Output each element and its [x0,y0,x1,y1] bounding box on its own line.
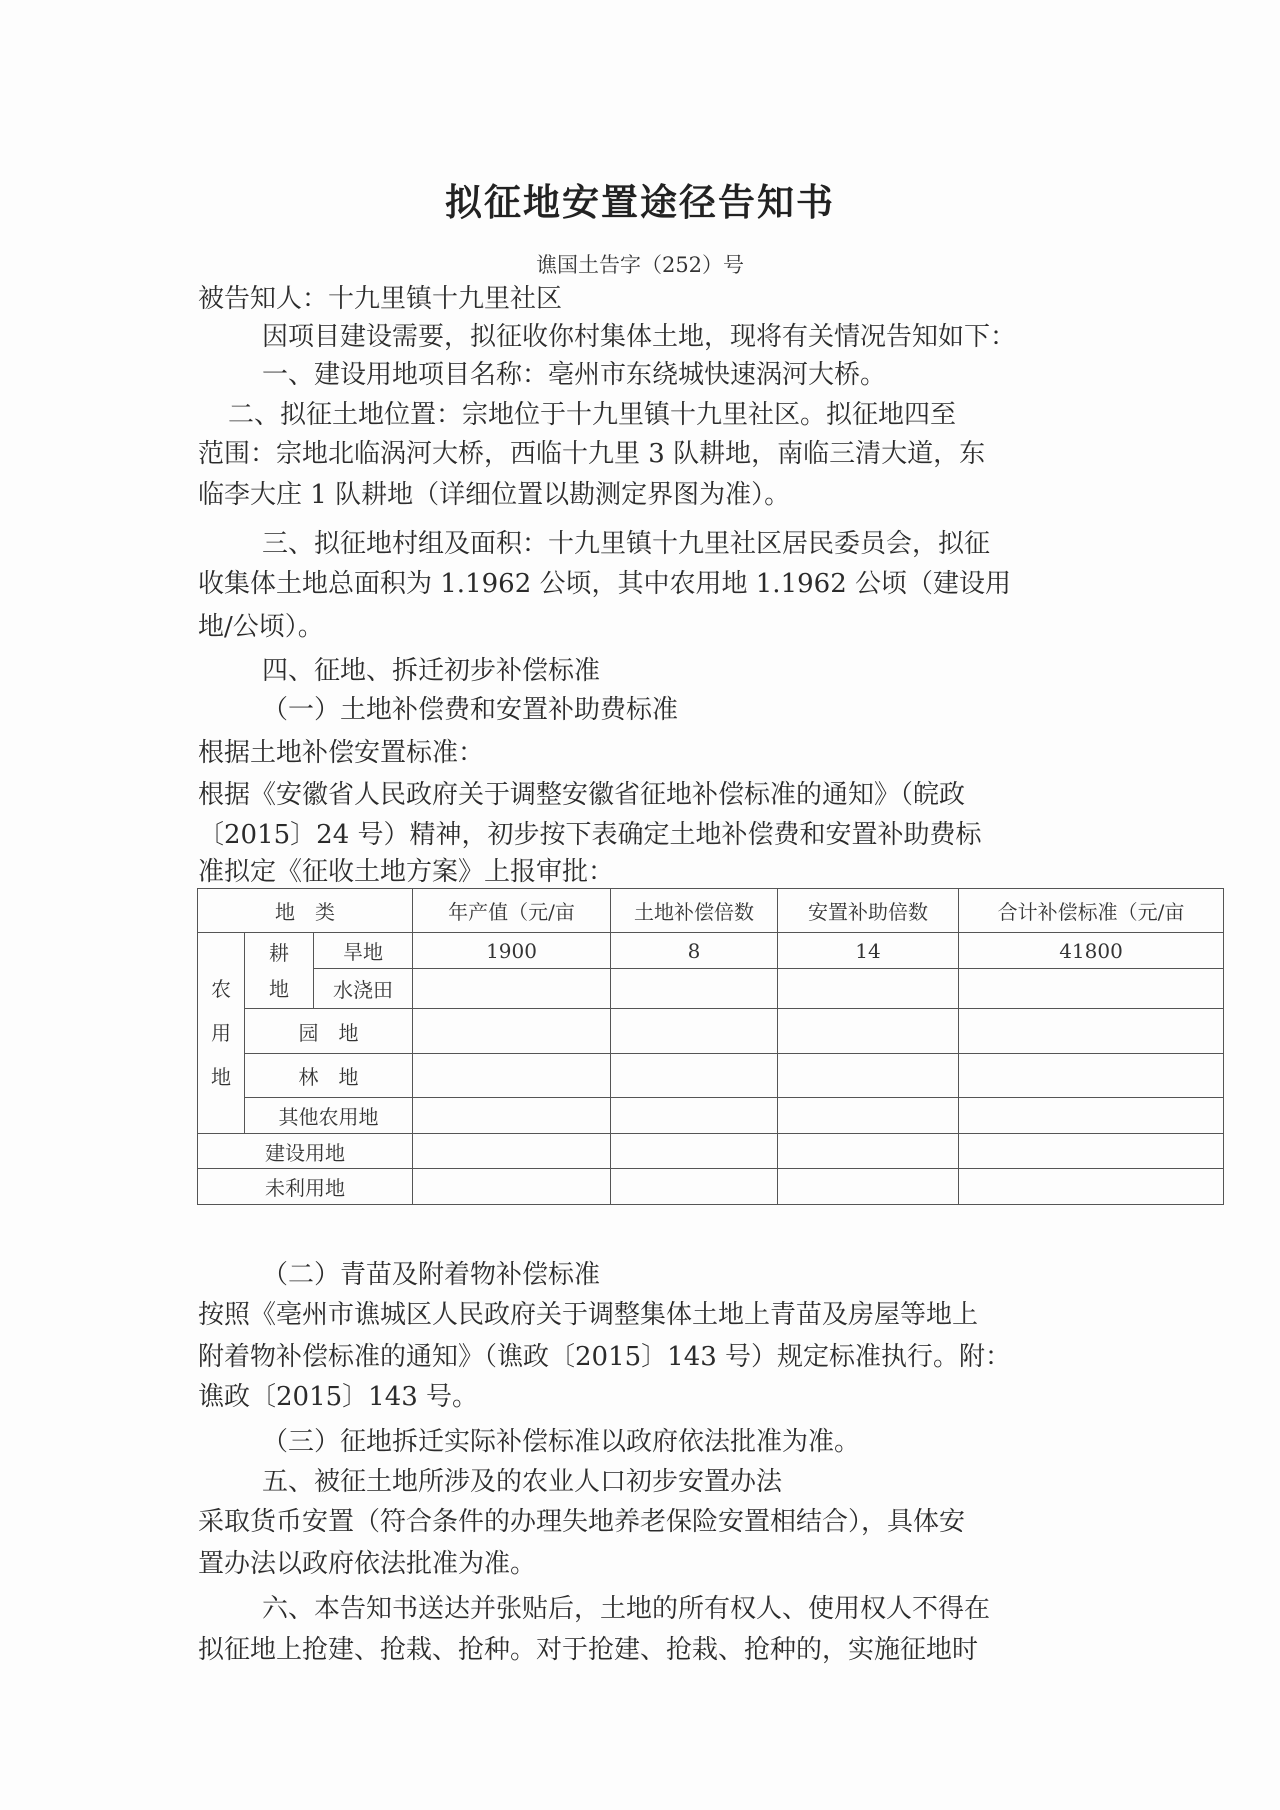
cell-resettle-multiple [778,969,959,1009]
cell-resettle-multiple [778,1134,959,1169]
basis-line-3: 准拟定《征收土地方案》上报审批： [198,855,614,889]
cell-total [959,1134,1224,1169]
group-arable-land: 耕 地 [245,933,314,1009]
cell-annual-value [413,1054,611,1098]
basis-line-1: 根据《安徽省人民政府关于调整安徽省征地补偿标准的通知》（皖政 [198,778,965,812]
cell-total [959,969,1224,1009]
section-2-line-2: 范围：宗地北临涡河大桥，西临十九里 3 队耕地，南临三清大道，东 [198,437,985,471]
section-5-line-1: 采取货币安置（符合条件的办理失地养老保险安置相结合），具体安 [198,1505,965,1539]
cell-annual-value [413,1134,611,1169]
basis-label: 根据土地补偿安置标准： [198,736,484,770]
header-resettle-multiple: 安置补助倍数 [778,889,959,933]
compensation-table: 地 类 年产值（元/亩 土地补偿倍数 安置补助倍数 合计补偿标准（元/亩 农 用… [197,888,1224,1205]
recipient: 被告知人：十九里镇十九里社区 [198,282,562,316]
header-total: 合计补偿标准（元/亩 [959,889,1224,933]
row-type: 其他农用地 [245,1098,413,1134]
cell-total [959,1098,1224,1134]
section-2-line-3: 临李大庄 1 队耕地（详细位置以勘测定界图为准）。 [198,478,790,512]
cell-annual-value: 1900 [413,933,611,969]
document-title: 拟征地安置途径告知书 [0,172,1280,226]
cell-land-multiple [611,1169,778,1205]
group-agricultural-land: 农 用 地 [198,933,245,1134]
section-6-line-2: 拟征地上抢建、抢栽、抢种。对于抢建、抢栽、抢种的，实施征地时 [198,1633,978,1667]
section-5-line-2: 置办法以政府依法批准为准。 [198,1547,536,1581]
intro-paragraph: 因项目建设需要，拟征收你村集体土地，现将有关情况告知如下： [262,320,1016,354]
cell-total [959,1169,1224,1205]
basis-line-2: 〔2015〕24 号）精神，初步按下表确定土地补偿费和安置补助费标 [198,818,982,852]
table-row: 建设用地 [198,1134,1224,1169]
cell-total: 41800 [959,933,1224,969]
section-3-line-1: 三、拟征地村组及面积：十九里镇十九里社区居民委员会，拟征 [262,527,990,561]
section-5-heading: 五、被征土地所涉及的农业人口初步安置办法 [262,1465,782,1499]
cell-land-multiple [611,1009,778,1054]
document-number: 谯国土告字（252）号 [0,249,1280,279]
table-row: 未利用地 [198,1169,1224,1205]
row-type: 水浇田 [314,969,413,1009]
section-3-line-3: 地/公顷）。 [198,610,324,644]
cell-annual-value [413,1009,611,1054]
section-6-line-1: 六、本告知书送达并张贴后，土地的所有权人、使用权人不得在 [262,1592,990,1626]
cell-resettle-multiple [778,1098,959,1134]
row-type: 未利用地 [198,1169,413,1205]
section-4-2-heading: （二）青苗及附着物补偿标准 [262,1258,600,1292]
cell-land-multiple [611,1054,778,1098]
section-2-line-1: 二、拟征土地位置：宗地位于十九里镇十九里社区。拟征地四至 [228,398,956,432]
cell-land-multiple: 8 [611,933,778,969]
section-4-1-heading: （一）土地补偿费和安置补助费标准 [262,693,678,727]
table-row: 其他农用地 [198,1098,1224,1134]
table-row: 农 用 地 耕 地 旱地 1900 8 14 41800 [198,933,1224,969]
header-annual-value: 年产值（元/亩 [413,889,611,933]
table-row: 林 地 [198,1054,1224,1098]
cell-annual-value [413,1169,611,1205]
header-land-multiple: 土地补偿倍数 [611,889,778,933]
section-4-2-line-1: 按照《亳州市谯城区人民政府关于调整集体土地上青苗及房屋等地上 [198,1298,978,1332]
row-type: 建设用地 [198,1134,413,1169]
cell-resettle-multiple [778,1054,959,1098]
cell-annual-value [413,1098,611,1134]
section-4-heading: 四、征地、拆迁初步补偿标准 [262,654,600,688]
section-4-2-line-3: 谯政〔2015〕143 号。 [198,1380,478,1414]
cell-resettle-multiple [778,1169,959,1205]
table-row: 水浇田 [198,969,1224,1009]
section-4-3: （三）征地拆迁实际补偿标准以政府依法批准为准。 [262,1425,860,1459]
section-4-2-line-2: 附着物补偿标准的通知》（谯政〔2015〕143 号）规定标准执行。附： [198,1340,1011,1374]
cell-land-multiple [611,1098,778,1134]
table-header-row: 地 类 年产值（元/亩 土地补偿倍数 安置补助倍数 合计补偿标准（元/亩 [198,889,1224,933]
cell-land-multiple [611,969,778,1009]
row-type: 园 地 [245,1009,413,1054]
cell-annual-value [413,969,611,1009]
cell-land-multiple [611,1134,778,1169]
table-row: 园 地 [198,1009,1224,1054]
cell-total [959,1054,1224,1098]
cell-resettle-multiple [778,1009,959,1054]
section-1: 一、建设用地项目名称：亳州市东绕城快速涡河大桥。 [262,358,886,392]
row-type: 旱地 [314,933,413,969]
section-3-line-2: 收集体土地总面积为 1.1962 公顷，其中农用地 1.1962 公顷（建设用 [198,567,1011,601]
cell-resettle-multiple: 14 [778,933,959,969]
header-land-type: 地 类 [198,889,413,933]
row-type: 林 地 [245,1054,413,1098]
cell-total [959,1009,1224,1054]
